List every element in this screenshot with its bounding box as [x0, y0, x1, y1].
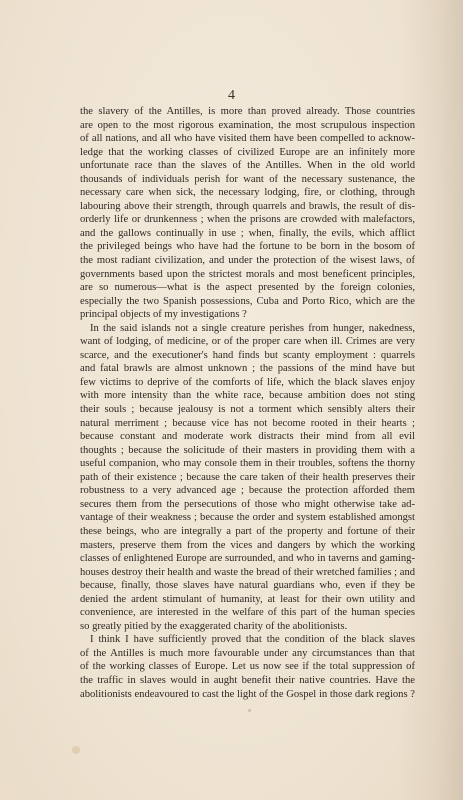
text-line: In the said islands not a single creatur…	[80, 322, 415, 336]
text-line: labouring above their strength, through …	[80, 200, 415, 214]
text-line: the traffic in slaves would in aught ben…	[80, 674, 415, 688]
text-line: of the Antilles is much more favourable …	[80, 647, 415, 661]
text-line: few victims to deprive of the comforts o…	[80, 376, 415, 390]
text-line: thoughts ; because the solicitude of the…	[80, 444, 415, 458]
text-line: the slavery of the Antilles, is more tha…	[80, 105, 415, 119]
text-line: principal objects of my investigations ?	[80, 308, 415, 322]
text-line: especially the two Spanish possessions, …	[80, 295, 415, 309]
text-line: ledge that the working classes of civili…	[80, 146, 415, 160]
text-line: and the gallows continually in use ; whe…	[80, 227, 415, 241]
text-line: of the working classes of Europe. Let us…	[80, 660, 415, 674]
text-line: their souls ; because jealousy is not a …	[80, 403, 415, 417]
text-line: orderly life or drunkenness ; when the p…	[80, 213, 415, 227]
text-line: denied the ardent stimulant of humanity,…	[80, 593, 415, 607]
text-line: masters, preserve them from the vices an…	[80, 539, 415, 553]
text-line: and fatal brawls are almost unknown ; th…	[80, 362, 415, 376]
text-line: unfortunate race than the slaves of the …	[80, 159, 415, 173]
paragraph-2: In the said islands not a single creatur…	[80, 322, 415, 634]
text-line: of all nations, and all who have visited…	[80, 132, 415, 146]
text-line: because, finally, those slaves have natu…	[80, 579, 415, 593]
page-number: 4	[0, 88, 463, 104]
text-line: path of their existence ; because the ca…	[80, 471, 415, 485]
text-line: thousands of individuals perish for want…	[80, 173, 415, 187]
text-line: I think I have sufficiently proved that …	[80, 633, 415, 647]
text-line: the most radiant civilization, and under…	[80, 254, 415, 268]
paragraph-1: the slavery of the Antilles, is more tha…	[80, 105, 415, 322]
text-line: with more intensity than the white race,…	[80, 389, 415, 403]
text-line: secures them from the persecutions of th…	[80, 498, 415, 512]
text-line: are open to the most rigorous examinatio…	[80, 119, 415, 133]
text-line: because constant and moderate work distr…	[80, 430, 415, 444]
text-line: abolitionists endeavoured to cast the li…	[80, 688, 415, 702]
text-line: these beings, who are integrally a part …	[80, 525, 415, 539]
text-line: are so numerous—what is the aspect prese…	[80, 281, 415, 295]
text-line: classes of enlightened Europe are surrou…	[80, 552, 415, 566]
paper-stain	[248, 709, 251, 712]
text-line: so greatly pitied by the exaggerated cha…	[80, 620, 415, 634]
text-line: the privileged beings who have had the f…	[80, 240, 415, 254]
text-line: useful companion, who may console them i…	[80, 457, 415, 471]
text-line: robustness to a very advanced age ; beca…	[80, 484, 415, 498]
body-text: the slavery of the Antilles, is more tha…	[80, 105, 415, 701]
text-line: vantage of their weakness ; because the …	[80, 511, 415, 525]
text-line: natural merriment ; because vice has not…	[80, 417, 415, 431]
text-line: necessary care when sick, the necessary …	[80, 186, 415, 200]
text-line: convenience, are interested in the welfa…	[80, 606, 415, 620]
text-line: want of lodging, of medicine, or of the …	[80, 335, 415, 349]
text-line: scarce, and the executioner's hand finds…	[80, 349, 415, 363]
text-line: houses destroy their health and waste th…	[80, 566, 415, 580]
paper-stain	[72, 746, 80, 754]
scanned-page: 4 the slavery of the Antilles, is more t…	[0, 0, 463, 800]
text-line: governments based upon the strictest mor…	[80, 268, 415, 282]
paragraph-3: I think I have sufficiently proved that …	[80, 633, 415, 701]
